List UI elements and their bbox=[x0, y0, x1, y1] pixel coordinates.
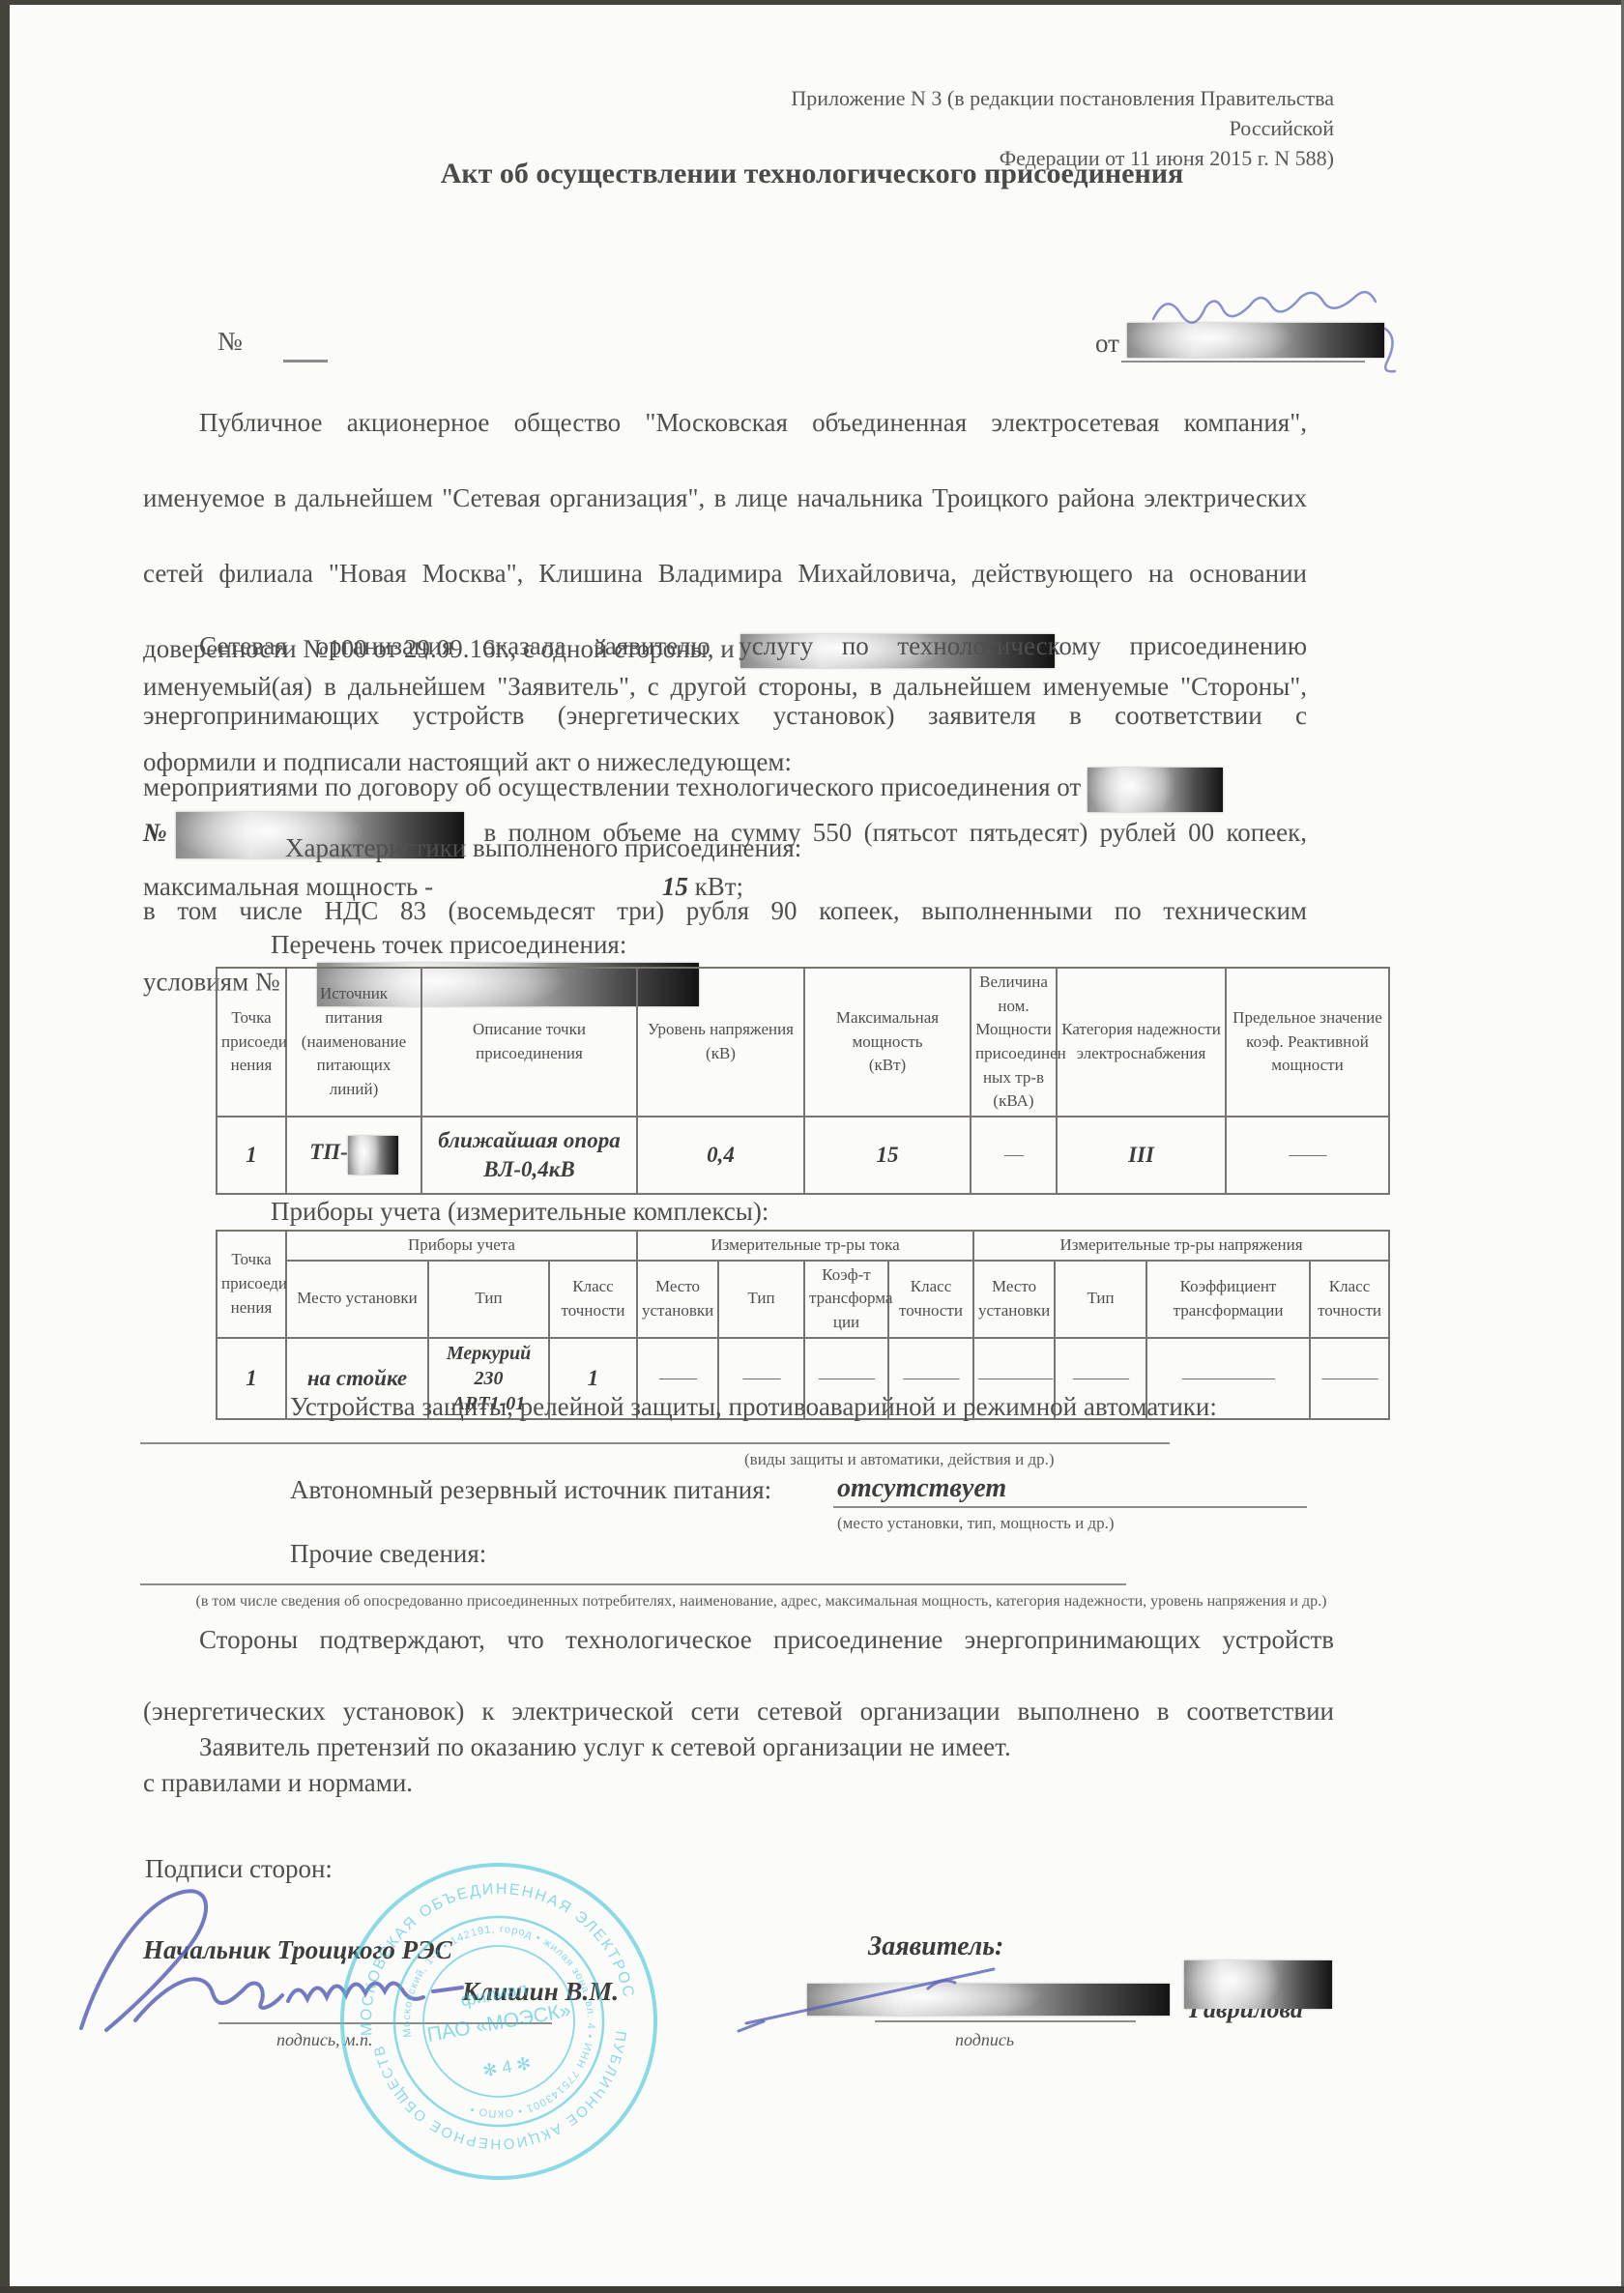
service-line-3-text: мероприятиями по договору об осуществлен… bbox=[143, 772, 1081, 801]
backup-source-label: Автономный резервный источник питания: bbox=[290, 1475, 771, 1505]
stamp-center-line-1: филиал bbox=[459, 1980, 529, 2012]
reliability-category-cell: III bbox=[1057, 1117, 1226, 1194]
protection-devices-caption: (виды защиты и автоматики, действия и др… bbox=[744, 1450, 1055, 1469]
intro-line-1: Публичное акционерное общество "Московск… bbox=[143, 404, 1307, 479]
points-col-header: Максимальная мощность (кВт) bbox=[804, 968, 971, 1117]
max-power-row: максимальная мощность - 15 кВт; bbox=[143, 872, 1307, 902]
points-table-title: Перечень точек присоединения: bbox=[271, 930, 626, 960]
other-info-label: Прочие сведения: bbox=[290, 1539, 486, 1569]
metering-table-title: Приборы учета (измерительные комплексы): bbox=[271, 1197, 768, 1227]
points-col-header: Описание точки присоединения bbox=[421, 968, 637, 1117]
confirmation-line-1: Стороны подтверждают, что технологическо… bbox=[143, 1622, 1334, 1694]
point-description: ближайшая опора ВЛ-0,4кВ bbox=[421, 1117, 637, 1194]
max-power-unit: кВт; bbox=[695, 872, 743, 901]
service-line-2: энергопринимающих устройств (энергетичес… bbox=[143, 698, 1307, 768]
points-col-header: Точка присоеди нения bbox=[217, 968, 286, 1117]
scan-edge-bottom bbox=[0, 2286, 1624, 2293]
stamp-center-line-3: ✻ 4 ✻ bbox=[481, 2053, 533, 2080]
voltage-level: 0,4 bbox=[637, 1117, 804, 1194]
power-source-cell: ТП- bbox=[286, 1117, 421, 1194]
metering-sub-header: Место установки bbox=[286, 1261, 428, 1338]
points-col-header: Уровень напряжения (кВ) bbox=[637, 968, 804, 1117]
characteristics-heading: Характеристики выполненого присоединения… bbox=[285, 833, 801, 863]
act-number-label: № bbox=[217, 327, 243, 357]
backup-source-value: отсутствует bbox=[837, 1473, 1006, 1504]
points-col-header: Источник питания (наименование питающих … bbox=[286, 968, 421, 1117]
handwritten-date-scribble bbox=[1145, 278, 1411, 375]
metering-sub-header: Класс точности bbox=[1310, 1261, 1389, 1338]
metering-sub-header: Тип bbox=[428, 1261, 549, 1338]
company-stamp: МОСКОВСКАЯ ОБЪЕДИНЕННАЯ ЭЛЕКТРОСЕТЕВАЯ К… bbox=[306, 1829, 692, 2215]
confirmation-line-3: с правилами и нормами. bbox=[143, 1765, 1334, 1801]
metering-group-header: Измерительные тр-ры напряжения bbox=[973, 1231, 1389, 1261]
metering-point-header: Точка присоеди нения bbox=[217, 1231, 286, 1338]
stamp-center-line-2: ПАО «МОЭСК» bbox=[425, 1999, 572, 2046]
metering-sub-header: Тип bbox=[718, 1261, 804, 1338]
document-title: Акт об осуществлении технологического пр… bbox=[0, 158, 1624, 190]
protection-devices-line bbox=[140, 1442, 1170, 1444]
scan-edge-top bbox=[0, 0, 1624, 5]
service-line-3: мероприятиями по договору об осуществлен… bbox=[143, 768, 1307, 812]
act-date-label: от bbox=[1095, 329, 1119, 359]
connection-points-table: Точка присоеди нения Источник питания (н… bbox=[216, 967, 1390, 1195]
act-number-line bbox=[283, 360, 328, 363]
points-col-header: Предельное значение коэф. Реактивной мощ… bbox=[1226, 968, 1389, 1117]
power-source-prefix: ТП- bbox=[309, 1140, 348, 1164]
applicant-pen-stroke bbox=[735, 1948, 1054, 2045]
backup-source-line bbox=[833, 1506, 1307, 1508]
metering-group-header: Приборы учета bbox=[286, 1231, 637, 1261]
power-source-redaction bbox=[348, 1136, 398, 1175]
points-col-header: Категория надежности электроснабжения bbox=[1057, 968, 1226, 1117]
metering-sub-header: Место установки bbox=[637, 1261, 718, 1338]
metering-sub-header: Коэф-т трансформа ции bbox=[804, 1261, 888, 1338]
metering-point-number: 1 bbox=[217, 1338, 286, 1419]
reactive-limit-cell: —— bbox=[1226, 1117, 1389, 1194]
confirmation-paragraph: Стороны подтверждают, что технологическо… bbox=[143, 1622, 1334, 1801]
backup-source-caption: (место установки, тип, мощность и др.) bbox=[837, 1514, 1114, 1533]
max-power-label: максимальная мощность - bbox=[143, 872, 433, 901]
points-col-header: Величина ном. Мощности присоединен ных т… bbox=[971, 968, 1057, 1117]
scanned-document-page: Приложение N 3 (в редакции постановления… bbox=[0, 0, 1624, 2293]
vt-class-cell: ——— bbox=[1310, 1338, 1389, 1419]
metering-sub-header: Класс точности bbox=[888, 1261, 973, 1338]
scan-edge-left bbox=[0, 0, 10, 2293]
metering-sub-header: Коэффициент трансформации bbox=[1146, 1261, 1310, 1338]
point-number: 1 bbox=[217, 1117, 286, 1194]
contract-number-label: № bbox=[143, 818, 172, 847]
metering-sub-header: Тип bbox=[1055, 1261, 1146, 1338]
metering-group-header: Измерительные тр-ры тока bbox=[637, 1231, 973, 1261]
claims-paragraph: Заявитель претензий по оказанию услуг к … bbox=[143, 1732, 1390, 1762]
intro-line-3: сетей филиала "Новая Москва", Клишина Вл… bbox=[143, 555, 1307, 630]
max-power-cell: 15 bbox=[804, 1117, 971, 1194]
nominal-power-cell: — bbox=[971, 1117, 1057, 1194]
service-line-1: Сетевая организация оказала заявителю ус… bbox=[143, 628, 1307, 698]
intro-line-2: именуемое в дальнейшем "Сетевая организа… bbox=[143, 479, 1307, 555]
points-table-row: 1 ТП- ближайшая опора ВЛ-0,4кВ 0,4 15 — … bbox=[217, 1117, 1389, 1194]
other-info-line bbox=[140, 1583, 1126, 1585]
metering-sub-header: Место установки bbox=[973, 1261, 1055, 1338]
applicant-name-redaction bbox=[1184, 1960, 1332, 2009]
appendix-line-1: Приложение N 3 (в редакции постановления… bbox=[773, 83, 1334, 143]
contract-date-redaction bbox=[1087, 768, 1223, 812]
other-info-caption: (в том числе сведения об опосредованно п… bbox=[159, 1593, 1363, 1611]
max-power-value: 15 bbox=[662, 872, 688, 901]
protection-devices-label: Устройства защиты, релейной защиты, прот… bbox=[290, 1392, 1217, 1422]
metering-sub-header: Класс точности bbox=[549, 1261, 637, 1338]
